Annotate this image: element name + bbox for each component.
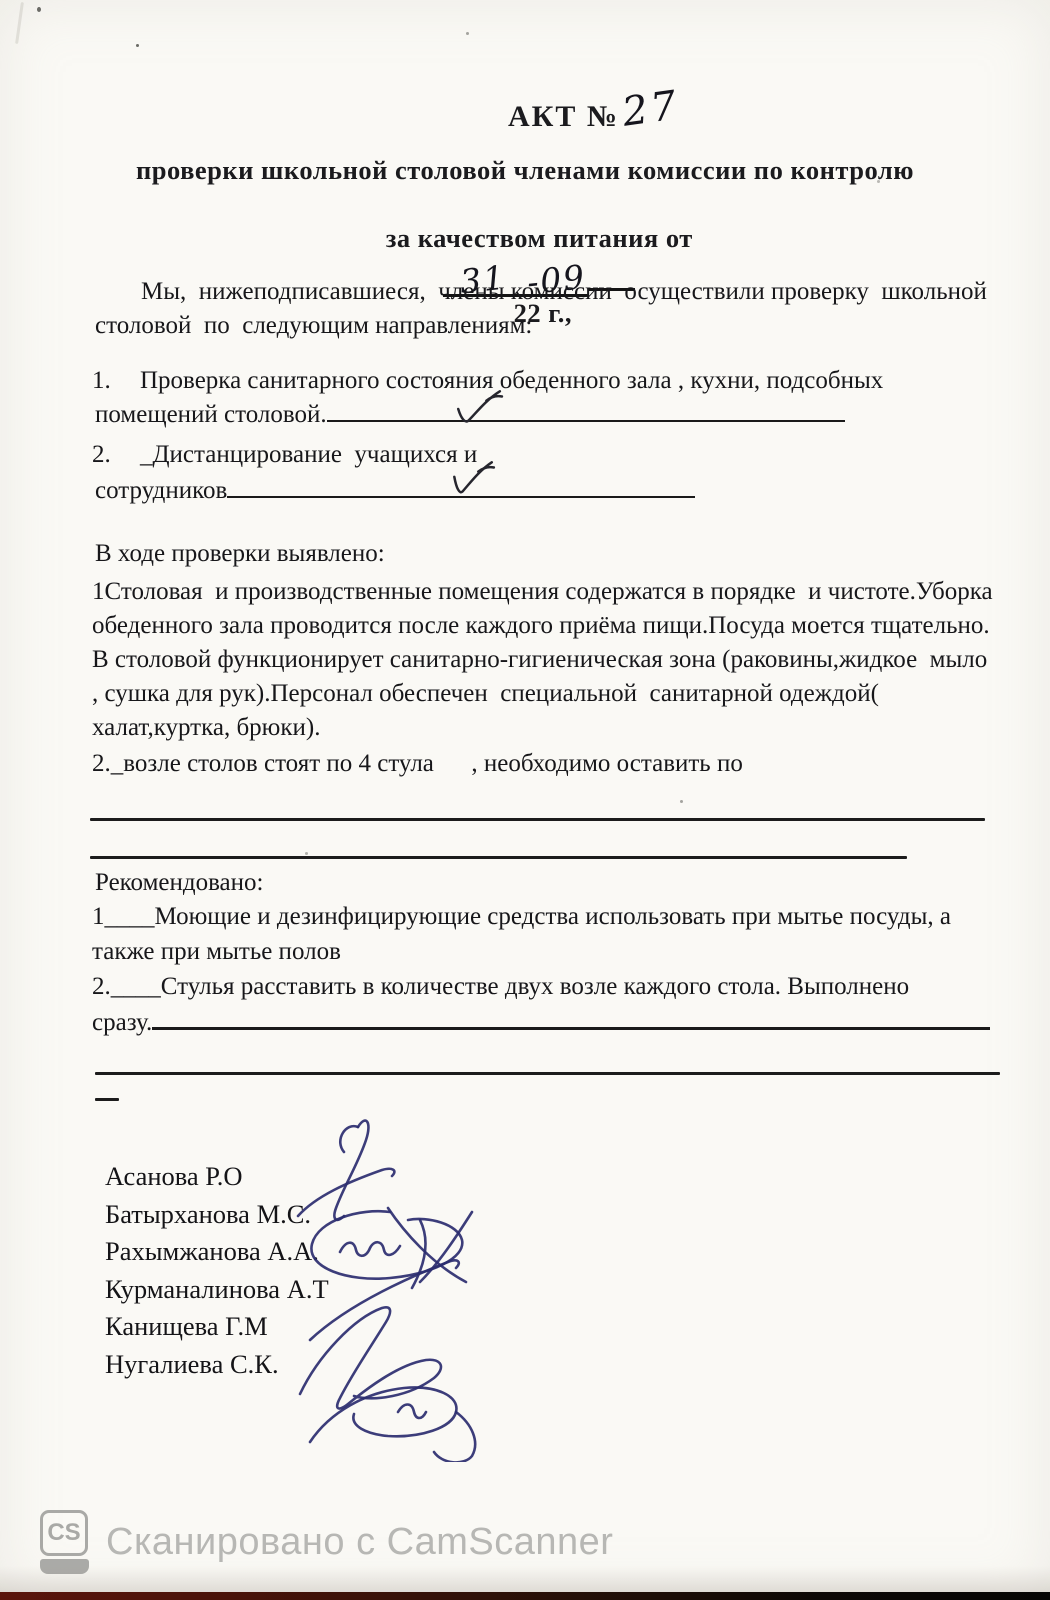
short-dash-line — [95, 1098, 119, 1101]
scanned-document-page: АКТ № 27 проверки школьной столовой член… — [0, 0, 1050, 1600]
subtitle-line1: проверки школьной столовой членами комис… — [0, 155, 1050, 186]
findings-line-4: , сушка для рук).Персонал обеспечен спец… — [92, 677, 879, 711]
checklist-item-1-text: Проверка санитарного состояния обеденног… — [140, 367, 883, 394]
scan-speck — [37, 7, 41, 12]
scan-speck — [136, 44, 139, 47]
checklist-item-1-answer-line — [327, 398, 845, 422]
title-number-handwritten: 27 — [620, 82, 683, 135]
blank-line — [90, 818, 985, 821]
recommendation-line-1: 1____Моющие и дезинфицирующие средства и… — [92, 900, 951, 934]
checklist-item-2-line2: сотрудников — [95, 474, 695, 508]
recommendation-line-3: 2.____Стулья расставить в количестве дву… — [92, 970, 909, 1004]
recommendation-line-4: сразу. — [92, 1005, 990, 1040]
findings-heading: В ходе проверки выявлено: — [95, 537, 385, 571]
findings-line-3: В столовой функционирует санитарно-гигие… — [92, 643, 987, 677]
scan-speck — [466, 32, 469, 35]
findings-line-2: обеденного зала проводится после каждого… — [92, 609, 990, 643]
handwritten-checkmark-icon — [452, 388, 504, 430]
recommendation-line-4-text: сразу. — [92, 1009, 152, 1036]
scan-speck — [305, 852, 308, 855]
checklist-item-2: 2._Дистанцирование учащихся и — [92, 438, 477, 472]
checklist-item-2-text2: сотрудников — [95, 477, 227, 504]
handwritten-checkmark-icon — [446, 460, 498, 502]
subtitle-line2-prefix: за качеством питания от — [386, 223, 693, 253]
blank-line — [95, 1072, 1000, 1075]
camscanner-watermark-text: Сканировано с CamScanner — [106, 1521, 613, 1564]
document-title: АКТ № 27 — [508, 90, 680, 136]
scan-speck — [680, 800, 683, 803]
findings-line-5: халат,куртка, брюки). — [92, 711, 320, 745]
camscanner-logo-text: CS — [40, 1510, 88, 1556]
findings-line-1: 1Столовая и производственные помещения с… — [92, 575, 993, 609]
scan-edge-strip — [0, 1592, 1050, 1600]
findings-line-6: 2._возле столов стоят по 4 стула , необх… — [92, 747, 743, 781]
recommendation-answer-line — [152, 1005, 990, 1030]
blank-line — [90, 856, 907, 859]
checklist-item-2-number: 2. — [92, 438, 140, 472]
camscanner-footer: CS Сканировано с CamScanner — [40, 1510, 613, 1574]
checklist-item-1-text2: помещений столовой. — [95, 401, 327, 428]
intro-line2: столовой по следующим направлениям: — [95, 309, 532, 343]
scan-smudge — [15, 2, 24, 44]
intro-line1: Мы, нижеподписавшиеся, члены комиссии ос… — [95, 275, 987, 309]
title-label: АКТ № — [508, 100, 619, 133]
checklist-item-1-number: 1. — [92, 364, 140, 398]
recommendation-line-2: также при мытье полов — [92, 935, 341, 969]
camscanner-logo-icon: CS — [40, 1510, 88, 1574]
handwritten-signatures — [270, 1112, 510, 1462]
checklist-item-2-text: _Дистанцирование учащихся и — [140, 441, 477, 468]
recommendations-heading: Рекомендовано: — [95, 866, 263, 900]
scan-bottom-shadow — [0, 1566, 1050, 1592]
